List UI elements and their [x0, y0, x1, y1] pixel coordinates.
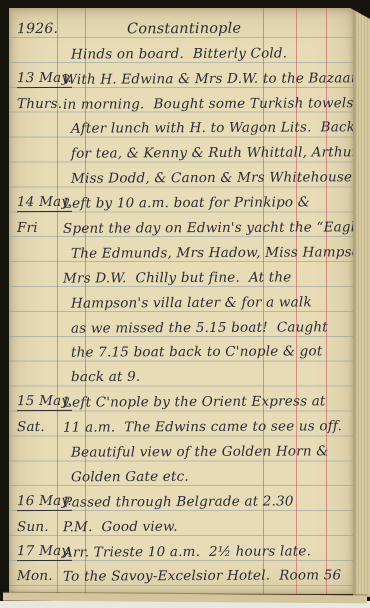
entry-text: Beautiful view of the Golden Horn &: [71, 443, 329, 460]
entry-text: To the Savoy-Excelsior Hotel. Room 56: [63, 568, 341, 585]
entry-text: Arr. Trieste 10 a.m. 2½ hours late.: [63, 543, 311, 560]
entry-text: Left by 10 a.m. boat for Prinkipo &: [63, 194, 310, 211]
diary-row: Sat.11 a.m. The Edwins came to see us of…: [9, 412, 353, 437]
diary-row: the 7.15 boat back to C'nople & got: [9, 338, 353, 363]
header-row: 1926.Constantinople: [9, 14, 353, 39]
diary-row: Miss Dodd, & Canon & Mrs Whitehouse.: [9, 163, 353, 188]
entry-day: Mon.: [17, 568, 53, 584]
diary-row: Hinds on board. Bitterly Cold.: [9, 39, 353, 64]
diary-row: for tea, & Kenny & Ruth Whittall, Arthur…: [9, 138, 353, 163]
diary-row: Mon.To the Savoy-Excelsior Hotel. Room 5…: [9, 562, 353, 587]
diary-row: Hampson's villa later & for a walk: [9, 288, 353, 313]
diary-row: After lunch with H. to Wagon Lits. Back: [9, 114, 353, 139]
entry-text: Hinds on board. Bitterly Cold.: [71, 45, 287, 62]
entry-text: After lunch with H. to Wagon Lits. Back: [71, 120, 355, 137]
entry-text: Mrs D.W. Chilly but fine. At the: [63, 269, 292, 286]
entry-day: Thurs.: [17, 95, 62, 111]
entry-text: Golden Gate etc.: [71, 469, 189, 486]
diary-row: back at 9.: [9, 362, 353, 387]
entry-day: Sun.: [17, 519, 49, 535]
entry-text: Spent the day on Edwin's yacht the “Eagl…: [63, 219, 370, 237]
entry-text: The Edmunds, Mrs Hadow, Miss Hampson.: [71, 244, 370, 262]
year-label: 1926.: [17, 21, 58, 37]
diary-row: Thurs.in morning. Bought some Turkish to…: [9, 89, 353, 114]
diary-row: as we missed the 5.15 boat! Caught: [9, 313, 353, 338]
entry-day: Sat.: [17, 419, 45, 435]
diary-row: Mrs D.W. Chilly but fine. At the: [9, 263, 353, 288]
entry-text: in morning. Bought some Turkish towels: [63, 95, 354, 113]
entry-text: Left C'nople by the Orient Express at: [63, 394, 326, 411]
entry-text: the 7.15 boat back to C'nople & got: [71, 344, 323, 361]
entry-text: With H. Edwina & Mrs D.W. to the Bazaars: [63, 70, 365, 88]
entry-text: Hampson's villa later & for a walk: [71, 294, 312, 311]
entry-text: 11 a.m. The Edwins came to see us off.: [63, 418, 342, 435]
entry-text: P.M. Good view.: [63, 518, 178, 535]
entry-text: Miss Dodd, & Canon & Mrs Whitehouse.: [71, 169, 357, 186]
diary-row: 15 May.Left C'nople by the Orient Expres…: [9, 387, 353, 412]
page-edge-stack: [353, 6, 370, 597]
diary-row: 16 May.Passed through Belgrade at 2.30: [9, 487, 353, 512]
diary-row: FriSpent the day on Edwin's yacht the “E…: [9, 213, 353, 238]
diary-row: Golden Gate etc.: [9, 462, 353, 487]
diary-row: Beautiful view of the Golden Horn &: [9, 437, 353, 462]
diary-rows: 1926.ConstantinopleHinds on board. Bitte…: [9, 14, 353, 586]
page-title: Constantinople: [127, 21, 241, 38]
entry-text: back at 9.: [71, 369, 140, 385]
entry-day: Fri: [17, 220, 38, 236]
entry-text: Passed through Belgrade at 2.30: [63, 493, 294, 510]
entry-text: for tea, & Kenny & Ruth Whittall, Arthur…: [71, 145, 361, 163]
diary-row: 13 May.With H. Edwina & Mrs D.W. to the …: [9, 64, 353, 89]
diary-row: Sun.P.M. Good view.: [9, 512, 353, 537]
diary-row: 17 May.Arr. Trieste 10 a.m. 2½ hours lat…: [9, 537, 353, 562]
diary-row: The Edmunds, Mrs Hadow, Miss Hampson.: [9, 238, 353, 263]
diary-row: 14 May.Left by 10 a.m. boat for Prinkipo…: [9, 188, 353, 213]
diary-page: 1926.ConstantinopleHinds on board. Bitte…: [9, 8, 353, 594]
entry-text: as we missed the 5.15 boat! Caught: [71, 319, 328, 336]
